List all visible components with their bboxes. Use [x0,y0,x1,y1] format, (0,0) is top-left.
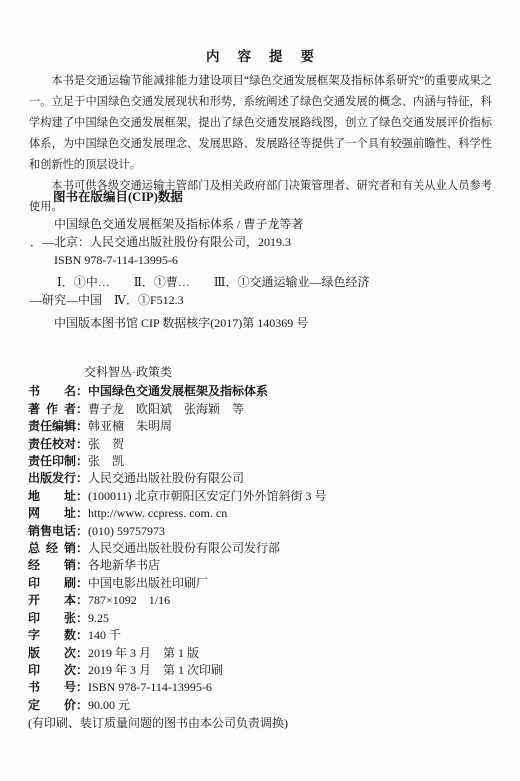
pubinfo-colon: ： [76,575,88,592]
pubinfo-label: 字数 [28,627,76,644]
pubinfo-label: 网址 [28,505,76,522]
pubinfo-value: 张 贺 [88,437,124,451]
pubinfo-value: 2019 年 3 月 第 1 版 [88,646,199,660]
pubinfo-label: 印刷 [28,575,76,592]
row-word-count: 字数：140 千 [28,627,498,644]
cip-isbn-line: ISBN 978-7-114-13995-6 [54,251,470,269]
pubinfo-label: 印张 [28,610,76,627]
pubinfo-label: 书号 [28,679,76,696]
pubinfo-value: 90.00 元 [88,698,130,712]
pubinfo-value: (100011) 北京市朝阳区安定门外外馆斜街 3 号 [88,489,327,503]
pubinfo-label: 著作者 [28,401,76,418]
row-distributor: 经销：各地新华书店 [28,557,498,574]
pubinfo-label: 销售电话 [28,523,76,540]
pubinfo-colon: ： [76,662,88,679]
row-print-supervisor: 责任印制：张 凯 [28,453,498,470]
pubinfo-colon: ： [76,488,88,505]
pubinfo-label: 定价 [28,697,76,714]
pubinfo-value: 韩亚楠 朱明周 [88,419,172,433]
row-general-distributor: 总经销：人民交通出版社股份有限公司发行部 [28,540,498,557]
pubinfo-value: 曹子龙 欧阳斌 张海颖 等 [88,402,244,416]
pubinfo-colon: ： [76,523,88,540]
pubinfo-label: 印次 [28,662,76,679]
content-summary-heading: 内容提要 [0,45,520,65]
row-book-title: 书名：中国绿色交通发展框架及指标体系 [28,383,498,400]
pubinfo-colon: ： [76,505,88,522]
row-printer: 印刷：中国电影出版社印刷厂 [28,575,498,592]
pubinfo-value: 中国绿色交通发展框架及指标体系 [88,384,268,398]
cip-record-number-line: 中国版本图书馆 CIP 数据核字(2017)第 140369 号 [54,314,470,332]
row-publisher: 出版发行：人民交通出版社股份有限公司 [28,470,498,487]
row-sales-phone: 销售电话：(010) 59757973 [28,523,498,540]
pubinfo-value: 人民交通出版社股份有限公司发行部 [88,541,280,555]
cip-heading: 图书在版编目(CIP)数据 [53,188,470,206]
pubinfo-value: 中国电影出版社印刷厂 [88,576,208,590]
pubinfo-colon: ： [76,679,88,696]
pubinfo-label: 责任校对 [28,436,76,453]
pubinfo-value: 张 凯 [88,454,124,468]
row-isbn: 书号：ISBN 978-7-114-13995-6 [28,679,498,696]
row-address: 地址：(100011) 北京市朝阳区安定门外外馆斜街 3 号 [28,488,498,505]
pubinfo-colon: ： [76,401,88,418]
pubinfo-value: 2019 年 3 月 第 1 次印刷 [88,663,223,677]
pubinfo-colon: ： [76,453,88,470]
pubinfo-label: 出版发行 [28,470,76,487]
pubinfo-colon: ： [76,645,88,662]
pubinfo-colon: ： [76,697,88,714]
row-edition: 版次：2019 年 3 月 第 1 版 [28,645,498,662]
pubinfo-value: 人民交通出版社股份有限公司 [88,471,244,485]
series-label: 交科智丛·政策类 [84,364,498,381]
pubinfo-label: 书名 [28,383,76,400]
row-authors: 著作者：曹子龙 欧阳斌 张海颖 等 [28,401,498,418]
quality-note: (有印刷、装订质量问题的图书由本公司负责调换) [28,715,498,732]
pubinfo-colon: ： [76,418,88,435]
book-copyright-page: 内容提要 本书是交通运输节能减排能力建设项目“绿色交通发展框架及指标体系研究”的… [0,0,520,781]
pubinfo-colon: ： [76,627,88,644]
pubinfo-label: 总经销 [28,540,76,557]
cip-publisher-line: ．—北京：人民交通出版社股份有限公司，2019.3 [30,233,470,251]
summary-paragraph-1: 本书是交通运输节能减排能力建设项目“绿色交通发展框架及指标体系研究”的重要成果之… [29,71,492,176]
cip-classification-line-2: —研究—中国 Ⅳ．①F512.3 [30,291,470,309]
row-proofreader: 责任校对：张 贺 [28,436,498,453]
pubinfo-value: 9.25 [88,611,109,625]
pubinfo-colon: ： [76,610,88,627]
pubinfo-label: 责任编辑 [28,418,76,435]
pubinfo-label: 版次 [28,645,76,662]
pubinfo-label: 责任印制 [28,453,76,470]
row-printed-sheets: 印张：9.25 [28,610,498,627]
cip-classification-line-1: Ⅰ．①中… Ⅱ．①曹… Ⅲ．①交通运输业—绿色经济 [57,273,470,291]
pubinfo-colon: ： [76,383,88,400]
pubinfo-value: ISBN 978-7-114-13995-6 [88,680,212,694]
cip-title-line: 中国绿色交通发展框架及指标体系 / 曹子龙等著 [54,215,470,233]
pubinfo-value: http://www. ccpress. com. cn [88,506,227,520]
row-impression: 印次：2019 年 3 月 第 1 次印刷 [28,662,498,679]
pubinfo-value: 140 千 [88,628,121,642]
pubinfo-label: 地址 [28,488,76,505]
row-format: 开本：787×1092 1/16 [28,592,498,609]
row-price: 定价：90.00 元 [28,697,498,714]
pubinfo-value: 各地新华书店 [88,558,160,572]
pubinfo-colon: ： [76,470,88,487]
pubinfo-value: 787×1092 1/16 [88,593,170,607]
publication-info-section: 交科智丛·政策类 书名：中国绿色交通发展框架及指标体系 著作者：曹子龙 欧阳斌 … [28,364,498,732]
pubinfo-label: 经销 [28,557,76,574]
pubinfo-colon: ： [76,540,88,557]
cip-section: 图书在版编目(CIP)数据 中国绿色交通发展框架及指标体系 / 曹子龙等著 ．—… [30,188,470,332]
pubinfo-colon: ： [76,436,88,453]
pubinfo-colon: ： [76,557,88,574]
row-website: 网址：http://www. ccpress. com. cn [28,505,498,522]
row-managing-editor: 责任编辑：韩亚楠 朱明周 [28,418,498,435]
pubinfo-colon: ： [76,592,88,609]
pubinfo-value: (010) 59757973 [88,524,165,538]
pubinfo-label: 开本 [28,592,76,609]
